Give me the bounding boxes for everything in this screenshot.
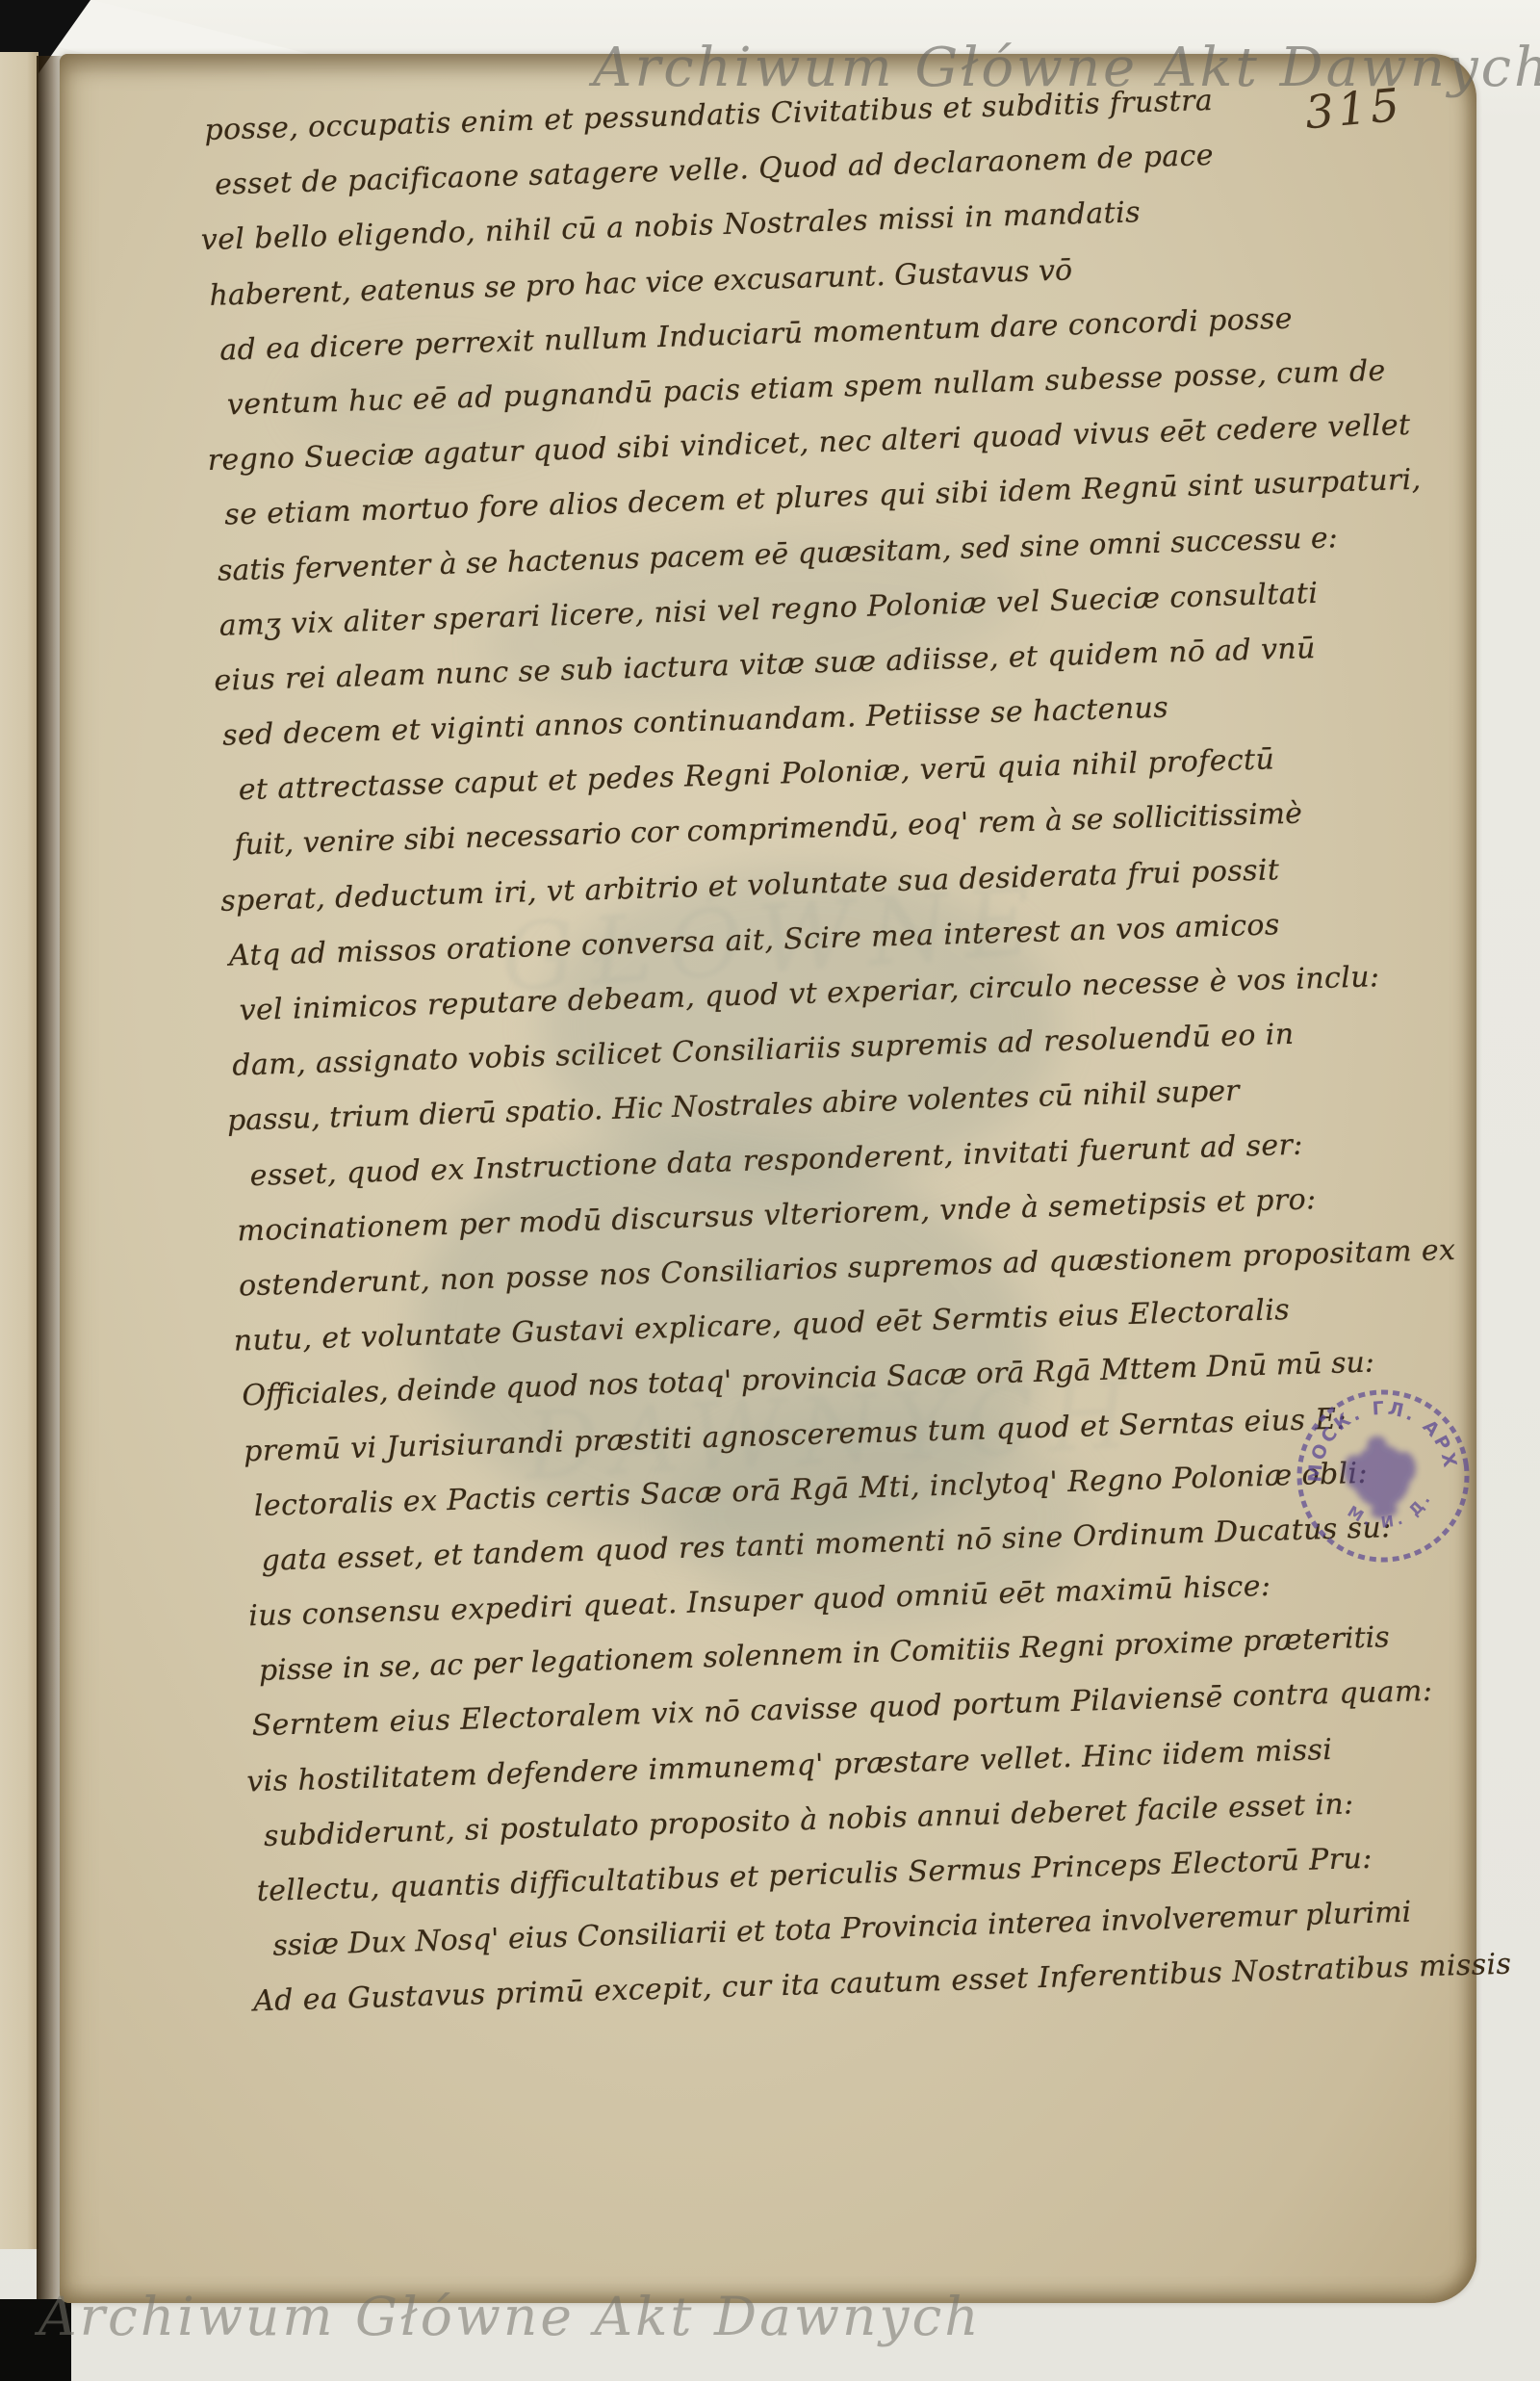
folio-number: 315 xyxy=(1303,79,1405,141)
manuscript-text: posse, occupatis enim et pessundatis Civ… xyxy=(204,78,1464,2040)
binding-corner-bottom-left xyxy=(0,2299,71,2381)
archive-stamp: МОСК. ГЛ. АРХИВЪ М. И. Д. xyxy=(1274,1367,1492,1585)
facing-page-edge xyxy=(0,52,38,2249)
